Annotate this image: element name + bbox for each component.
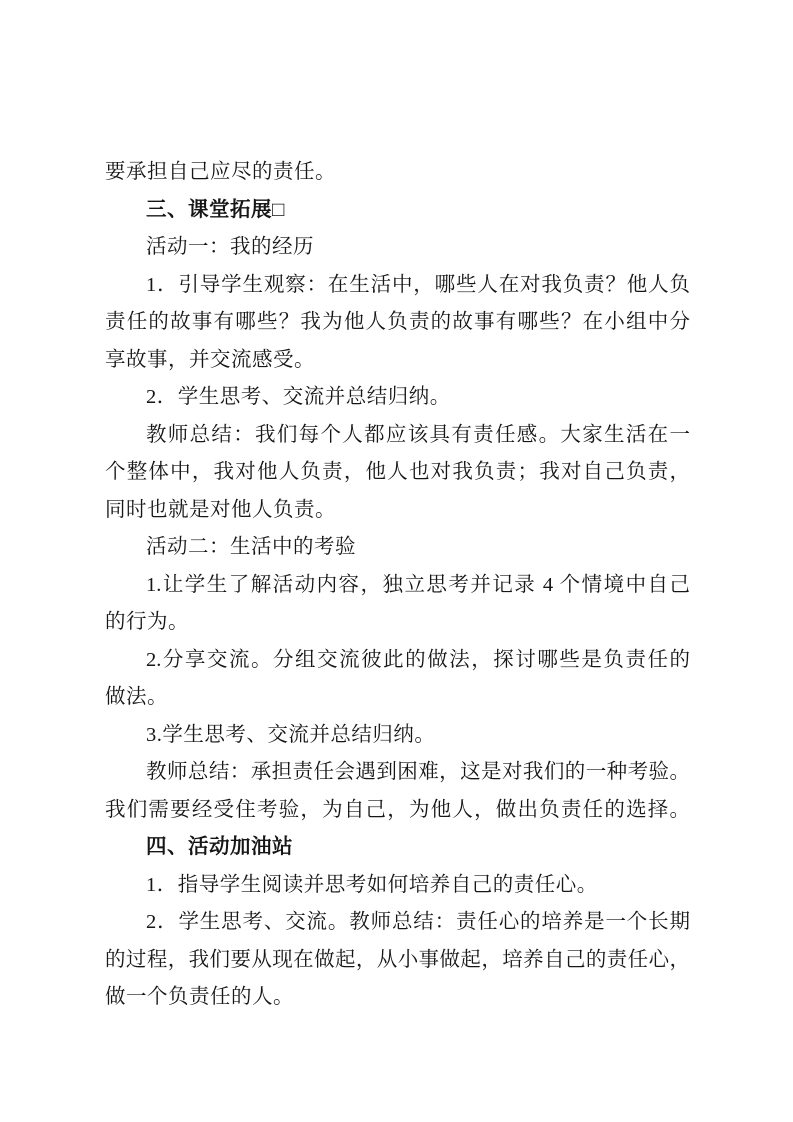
text-line: 做法。 — [105, 679, 690, 717]
text-line: 享故事，并交流感受。 — [105, 342, 690, 380]
text-line: 1.让学生了解活动内容，独立思考并记录 4 个情境中自己 — [105, 567, 690, 605]
section-heading: 三、课堂拓展□ — [105, 192, 690, 230]
text-line: 教师总结：我们每个人都应该具有责任感。大家生活在一 — [105, 417, 690, 455]
text-line: 1．引导学生观察：在生活中，哪些人在对我负责？他人负 — [105, 267, 690, 305]
text-line: 的过程，我们要从现在做起，从小事做起，培养自己的责任心， — [105, 942, 690, 980]
text-line: 2．学生思考、交流并总结归纳。 — [105, 379, 690, 417]
text-line: 3.学生思考、交流并总结归纳。 — [105, 717, 690, 755]
section-heading: 四、活动加油站 — [105, 829, 690, 867]
text-line: 活动一：我的经历 — [105, 229, 690, 267]
text-block: 要承担自己应尽的责任。三、课堂拓展□活动一：我的经历1．引导学生观察：在生活中，… — [105, 154, 690, 1017]
document-page: 要承担自己应尽的责任。三、课堂拓展□活动一：我的经历1．引导学生观察：在生活中，… — [0, 0, 793, 1122]
text-line: 教师总结：承担责任会遇到困难，这是对我们的一种考验。 — [105, 754, 690, 792]
text-line: 责任的故事有哪些？我为他人负责的故事有哪些？在小组中分 — [105, 304, 690, 342]
text-line: 活动二：生活中的考验 — [105, 529, 690, 567]
text-line: 同时也就是对他人负责。 — [105, 492, 690, 530]
text-line: 要承担自己应尽的责任。 — [105, 154, 690, 192]
text-line: 做一个负责任的人。 — [105, 979, 690, 1017]
text-line: 的行为。 — [105, 604, 690, 642]
text-line: 1．指导学生阅读并思考如何培养自己的责任心。 — [105, 867, 690, 905]
text-line: 我们需要经受住考验，为自己，为他人，做出负责任的选择。 — [105, 792, 690, 830]
text-line: 个整体中，我对他人负责，他人也对我负责；我对自己负责， — [105, 454, 690, 492]
text-line: 2.分享交流。分组交流彼此的做法，探讨哪些是负责任的 — [105, 642, 690, 680]
text-line: 2．学生思考、交流。教师总结：责任心的培养是一个长期 — [105, 904, 690, 942]
